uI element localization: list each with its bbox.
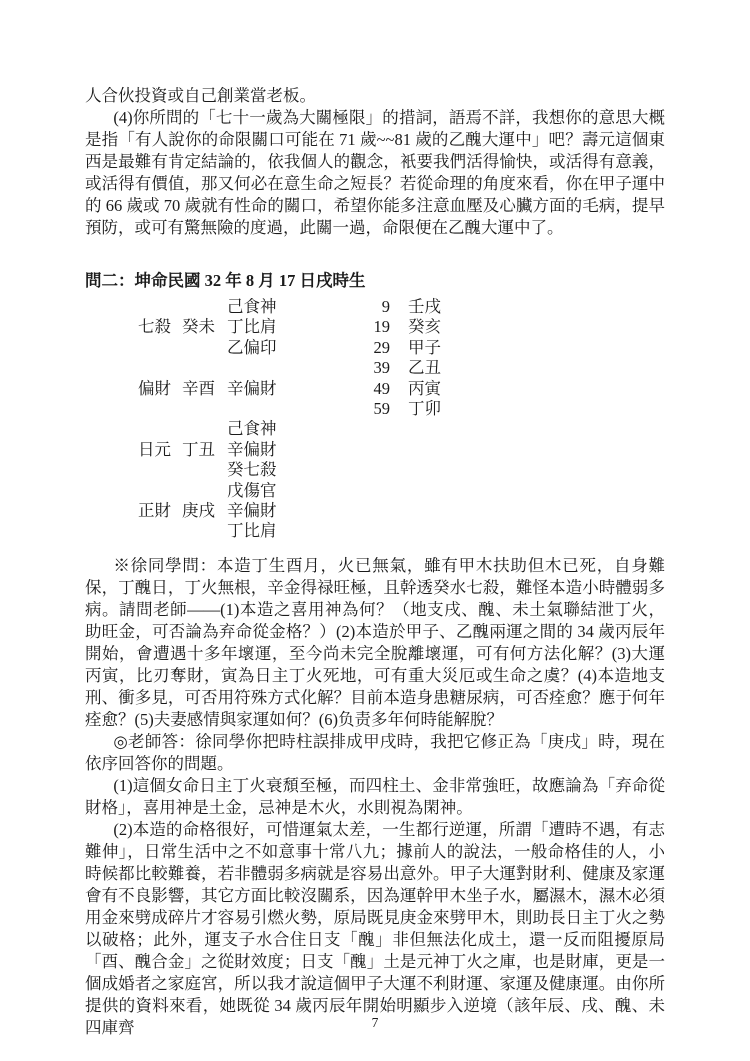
chart-cell-hidden: 辛偏財 [227, 501, 350, 521]
chart-row: 偏財辛酉辛偏財49丙寅 [138, 379, 665, 399]
chart-cell-god [138, 460, 182, 480]
chart-row: 正財庚戌辛偏財 [138, 501, 665, 521]
chart-cell-luck: 丁卯 [390, 399, 460, 419]
chart-cell-pillar [182, 460, 227, 480]
chart-cell-hidden: 己食神 [227, 419, 350, 439]
question2-heading: 問二：坤命民國 32 年 8 月 17 日戌時生 [85, 270, 665, 292]
chart-cell-god: 偏財 [138, 379, 182, 399]
chart-cell-hidden [227, 358, 350, 378]
chart-cell-hidden: 乙偏印 [227, 338, 350, 358]
chart-cell-god [138, 297, 182, 317]
chart-cell-pillar [182, 399, 227, 419]
chart-cell-age: 39 [350, 358, 390, 378]
chart-cell-hidden: 丁比肩 [227, 317, 350, 337]
chart-cell-pillar: 丁丑 [182, 440, 227, 460]
chart-cell-luck [390, 440, 460, 460]
chart-cell-luck: 丙寅 [390, 379, 460, 399]
chart-cell-pillar: 庚戌 [182, 501, 227, 521]
chart-cell-hidden: 辛偏財 [227, 440, 350, 460]
chart-row: 己食神9壬戌 [138, 297, 665, 317]
chart-cell-age [350, 460, 390, 480]
bazi-chart: 己食神9壬戌七殺癸未丁比肩19癸亥乙偏印29甲子39乙丑偏財辛酉辛偏財49丙寅5… [138, 297, 665, 542]
chart-cell-pillar [182, 338, 227, 358]
chart-row: 39乙丑 [138, 358, 665, 378]
chart-cell-age [350, 419, 390, 439]
chart-cell-god [138, 419, 182, 439]
chart-cell-luck [390, 521, 460, 541]
chart-cell-pillar [182, 358, 227, 378]
chart-cell-luck [390, 419, 460, 439]
chart-cell-age [350, 440, 390, 460]
teacher-answer-item2-paragraph: (2)本造的命格很好，可惜運氣太差，一生都行逆運，所謂「遭時不遇，有志難伸」，日… [85, 819, 665, 1039]
chart-cell-age: 59 [350, 399, 390, 419]
chart-cell-god [138, 481, 182, 501]
chart-row: 59丁卯 [138, 399, 665, 419]
chart-cell-pillar [182, 481, 227, 501]
chart-cell-luck: 壬戌 [390, 297, 460, 317]
chart-cell-luck [390, 501, 460, 521]
chart-cell-age [350, 521, 390, 541]
chart-row: 乙偏印29甲子 [138, 338, 665, 358]
chart-cell-god [138, 521, 182, 541]
chart-cell-luck [390, 460, 460, 480]
teacher-answer-item1-paragraph: (1)這個女命日主丁火衰頹至極，而四柱土、金非常強旺，故應論為「弃命從財格」，喜… [85, 775, 665, 819]
chart-row: 癸七殺 [138, 460, 665, 480]
chart-row: 己食神 [138, 419, 665, 439]
chart-row: 日元丁丑辛偏財 [138, 440, 665, 460]
chart-cell-god: 正財 [138, 501, 182, 521]
chart-cell-pillar [182, 419, 227, 439]
chart-cell-age [350, 481, 390, 501]
chart-cell-pillar [182, 521, 227, 541]
chart-cell-pillar [182, 297, 227, 317]
chart-cell-luck: 癸亥 [390, 317, 460, 337]
chart-cell-age: 19 [350, 317, 390, 337]
chart-cell-god [138, 358, 182, 378]
chart-cell-hidden: 戊傷官 [227, 481, 350, 501]
chart-cell-hidden: 癸七殺 [227, 460, 350, 480]
chart-cell-hidden: 辛偏財 [227, 379, 350, 399]
chart-cell-god [138, 338, 182, 358]
chart-cell-god: 七殺 [138, 317, 182, 337]
chart-cell-age: 9 [350, 297, 390, 317]
teacher-answer-intro-paragraph: ◎老師答：徐同學你把時柱誤排成甲戌時，我把它修正為「庚戌」時，現在依序回答你的問… [85, 731, 665, 775]
chart-cell-god [138, 399, 182, 419]
chart-row: 七殺癸未丁比肩19癸亥 [138, 317, 665, 337]
chart-row: 丁比肩 [138, 521, 665, 541]
document-page: 人合伙投資或自己創業當老板。 (4)你所問的「七十一歲為大關極限」的措詞，語焉不… [0, 0, 750, 1039]
chart-cell-pillar: 辛酉 [182, 379, 227, 399]
chart-cell-hidden: 己食神 [227, 297, 350, 317]
chart-cell-age: 29 [350, 338, 390, 358]
chart-cell-age [350, 501, 390, 521]
top-continuation-paragraph: 人合伙投資或自己創業當老板。 [85, 85, 665, 107]
chart-cell-hidden: 丁比肩 [227, 521, 350, 541]
page-number: 7 [0, 1015, 750, 1031]
student-question-paragraph: ※徐同學問：本造丁生酉月，火已無氣，雖有甲木扶助但木已死，自身難保，丁醜日，丁火… [85, 555, 665, 731]
chart-cell-luck: 甲子 [390, 338, 460, 358]
chart-cell-luck: 乙丑 [390, 358, 460, 378]
chart-cell-age: 49 [350, 379, 390, 399]
answer-item4-paragraph: (4)你所問的「七十一歲為大關極限」的措詞，語焉不詳，我想你的意思大概是指「有人… [85, 107, 665, 239]
chart-cell-god: 日元 [138, 440, 182, 460]
chart-cell-pillar: 癸未 [182, 317, 227, 337]
chart-row: 戊傷官 [138, 481, 665, 501]
chart-cell-luck [390, 481, 460, 501]
chart-cell-hidden [227, 399, 350, 419]
